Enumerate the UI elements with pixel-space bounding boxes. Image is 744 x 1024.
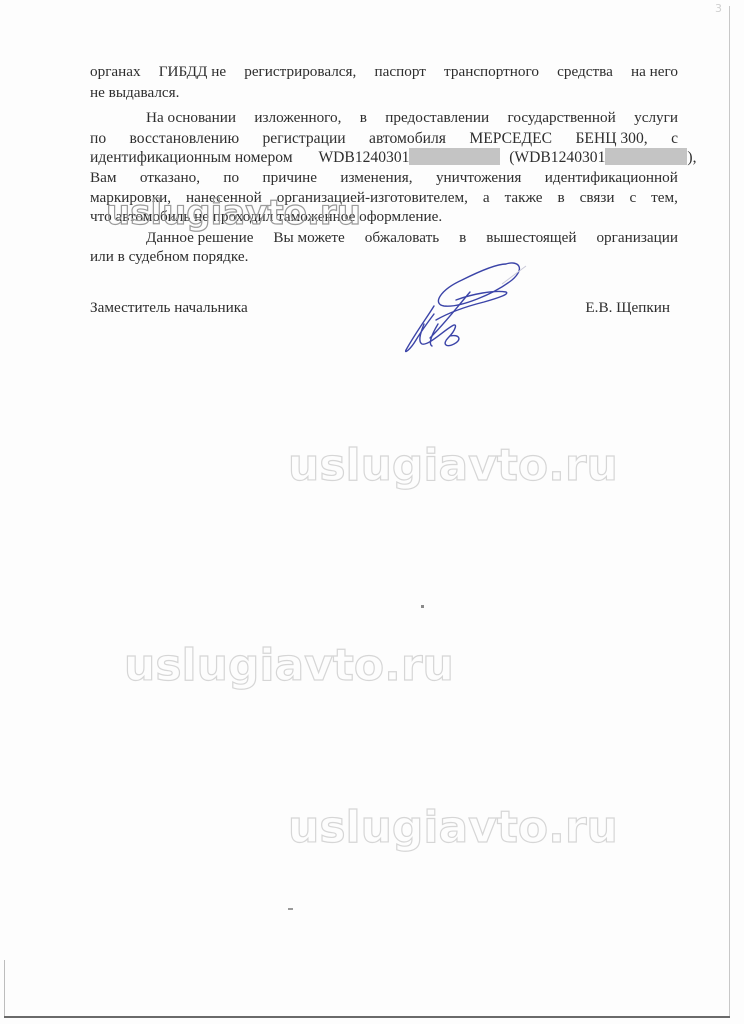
page-edge [4, 1016, 730, 1018]
word: также [505, 188, 543, 207]
word: связи [580, 188, 615, 207]
word: в [459, 228, 466, 247]
text-line-court: или в судебном порядке. [90, 247, 678, 266]
word: предоставлении [385, 108, 489, 127]
word: транспортного [444, 62, 539, 81]
word: уничтожения [436, 168, 521, 187]
handwritten-signature [398, 254, 528, 358]
word: идентификационной [545, 168, 678, 187]
page-edge [729, 6, 730, 1016]
paragraph-start-decision: На основании изложенного, в предоставлен… [90, 108, 678, 127]
word: с [629, 188, 636, 207]
page-edge [4, 960, 5, 1016]
page-corner-mark: 3 [715, 2, 722, 15]
word: тем, [651, 188, 678, 207]
word: на него [631, 62, 678, 81]
vehicle-make: МЕРСЕДЕС [469, 129, 552, 148]
vehicle-model: БЕНЦ 300, [575, 129, 647, 148]
punctuation: ), [687, 149, 696, 166]
text-line-1: органах ГИБДД не регистрировался, паспор… [90, 62, 678, 81]
word: органах [90, 62, 141, 81]
redaction-box-2 [605, 148, 687, 165]
text-line-vehicle-model: по восстановлению регистрации автомобиля… [90, 129, 678, 148]
watermark-text: uslugiavto.ru [124, 640, 454, 691]
word: ГИБДД не [159, 62, 226, 81]
vin-value-1: WDB1240301 [318, 149, 409, 166]
word: в [360, 108, 367, 127]
word: с [671, 129, 678, 148]
signer-name: Е.В. Щепкин [585, 298, 670, 317]
text-line-vin: идентификационным номером WDB1240301 (WD… [90, 148, 678, 167]
word: средства [557, 62, 613, 81]
vin-label: идентификационным номером [90, 149, 293, 166]
scan-speck [288, 908, 293, 910]
word: в [558, 188, 565, 207]
watermark-text: uslugiavto.ru [106, 193, 361, 233]
watermark-text: uslugiavto.ru [288, 802, 618, 853]
word: вышестоящей [486, 228, 576, 247]
word: Вам [90, 168, 116, 187]
word: восстановлению [130, 129, 240, 148]
word: обжаловать [365, 228, 439, 247]
word: паспорт [375, 62, 426, 81]
word: по [90, 129, 106, 148]
word: регистрации [263, 129, 346, 148]
word: услуги [634, 108, 678, 127]
word: отказано, [140, 168, 200, 187]
vin-value-2: (WDB1240301 [509, 149, 605, 166]
signer-position: Заместитель начальника [90, 298, 248, 317]
word: причине [263, 168, 317, 187]
scanned-document-page: 3 органах ГИБДД не регистрировался, пасп… [0, 0, 744, 1024]
word: государственной [508, 108, 616, 127]
word: по [223, 168, 239, 187]
word: автомобиля [369, 129, 446, 148]
text-line-2: не выдавался. [90, 83, 678, 102]
word: На основании [146, 108, 236, 127]
word: а [483, 188, 490, 207]
redaction-box-1 [409, 148, 500, 165]
text-line-refusal: Вам отказано, по причине изменения, унич… [90, 168, 678, 187]
word: изложенного, [254, 108, 341, 127]
watermark-text: uslugiavto.ru [288, 440, 618, 491]
word: изменения, [340, 168, 412, 187]
word: регистрировался, [244, 62, 356, 81]
scan-speck [421, 605, 424, 608]
word: организации [596, 228, 678, 247]
